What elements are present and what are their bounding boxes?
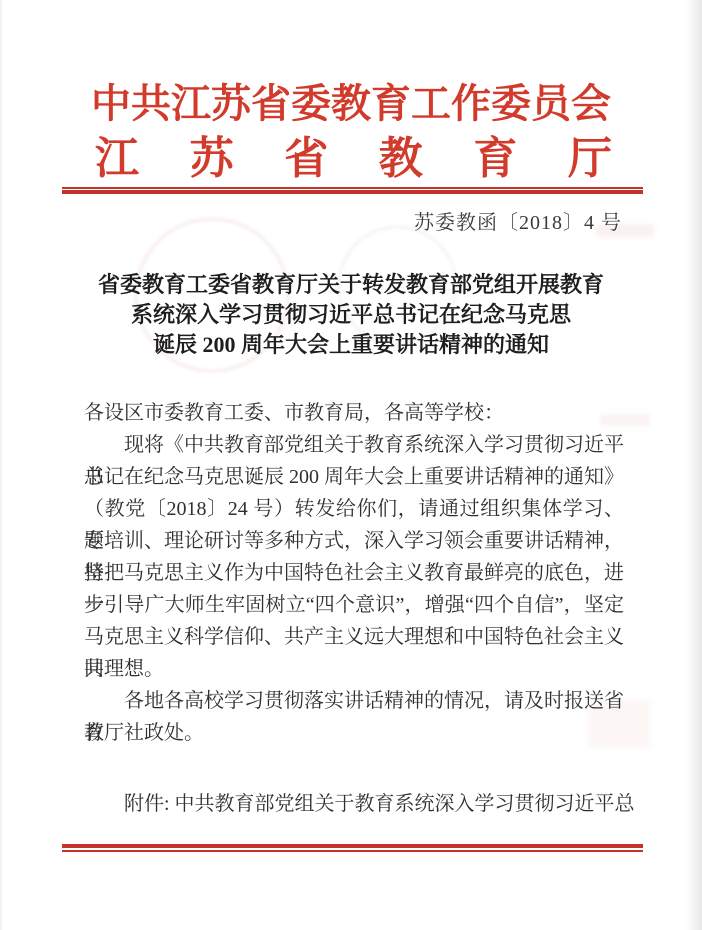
body-line: 持把马克思主义作为中国特色社会主义教育最鲜亮的底色，进一 <box>84 557 624 589</box>
dept-char: 江 <box>95 122 139 186</box>
body-line: 马克思主义科学信仰、共产主义远大理想和中国特色社会主义共 <box>84 621 624 653</box>
salutation-line: 各设区市委教育工委、市教育局，各高等学校： <box>84 397 624 429</box>
title-line: 诞辰 200 周年大会上重要讲话精神的通知 <box>51 330 651 360</box>
title-line: 省委教育工委省教育厅关于转发教育部党组开展教育 <box>51 270 651 300</box>
dept-char: 育 <box>473 122 517 186</box>
document-body: 各设区市委教育工委、市教育局，各高等学校： 现将《中共教育部党组关于教育系统深入… <box>84 397 624 749</box>
attachment-line: 附件: 中共教育部党组关于教育系统深入学习贯彻习近平总 <box>84 788 624 820</box>
scanned-official-document: { "colors": { "header_red": "#d23b2b", "… <box>0 0 702 930</box>
letterhead-red-rule <box>62 187 643 194</box>
body-line: 各地各高校学习贯彻落实讲话精神的情况，请及时报送省教 <box>84 685 624 717</box>
body-line: 育厅社政处。 <box>84 717 624 749</box>
scan-edge-left <box>0 0 3 930</box>
dept-char: 教 <box>379 122 423 186</box>
body-line: 同理想。 <box>84 653 624 685</box>
body-line: （教党〔2018〕24 号）转发给你们，请通过组织集体学习、专 <box>84 493 624 525</box>
body-line: 书记在纪念马克思诞辰 200 周年大会上重要讲话精神的通知》 <box>84 461 624 493</box>
body-line: 现将《中共教育部党组关于教育系统深入学习贯彻习近平总 <box>84 429 624 461</box>
dept-char: 厅 <box>568 122 612 186</box>
dept-char: 苏 <box>190 122 234 186</box>
body-line: 步引导广大师生牢固树立“四个意识”，增强“四个自信”，坚定 <box>84 589 624 621</box>
document-number: 苏委教函〔2018〕4 号 <box>414 206 622 235</box>
document-title: 省委教育工委省教育厅关于转发教育部党组开展教育 系统深入学习贯彻习近平总书记在纪… <box>51 270 651 360</box>
dept-char: 省 <box>284 122 328 186</box>
letterhead-org-name: 中共江苏省委教育工作委员会 <box>51 72 651 129</box>
letterhead-dept-name: 江 苏 省 教 育 厅 <box>95 122 612 186</box>
title-line: 系统深入学习贯彻习近平总书记在纪念马克思 <box>51 300 651 330</box>
scan-edge-right <box>686 0 702 930</box>
body-line: 题培训、理论研讨等多种方式，深入学习领会重要讲话精神，坚 <box>84 525 624 557</box>
footer-red-rule <box>62 844 643 852</box>
